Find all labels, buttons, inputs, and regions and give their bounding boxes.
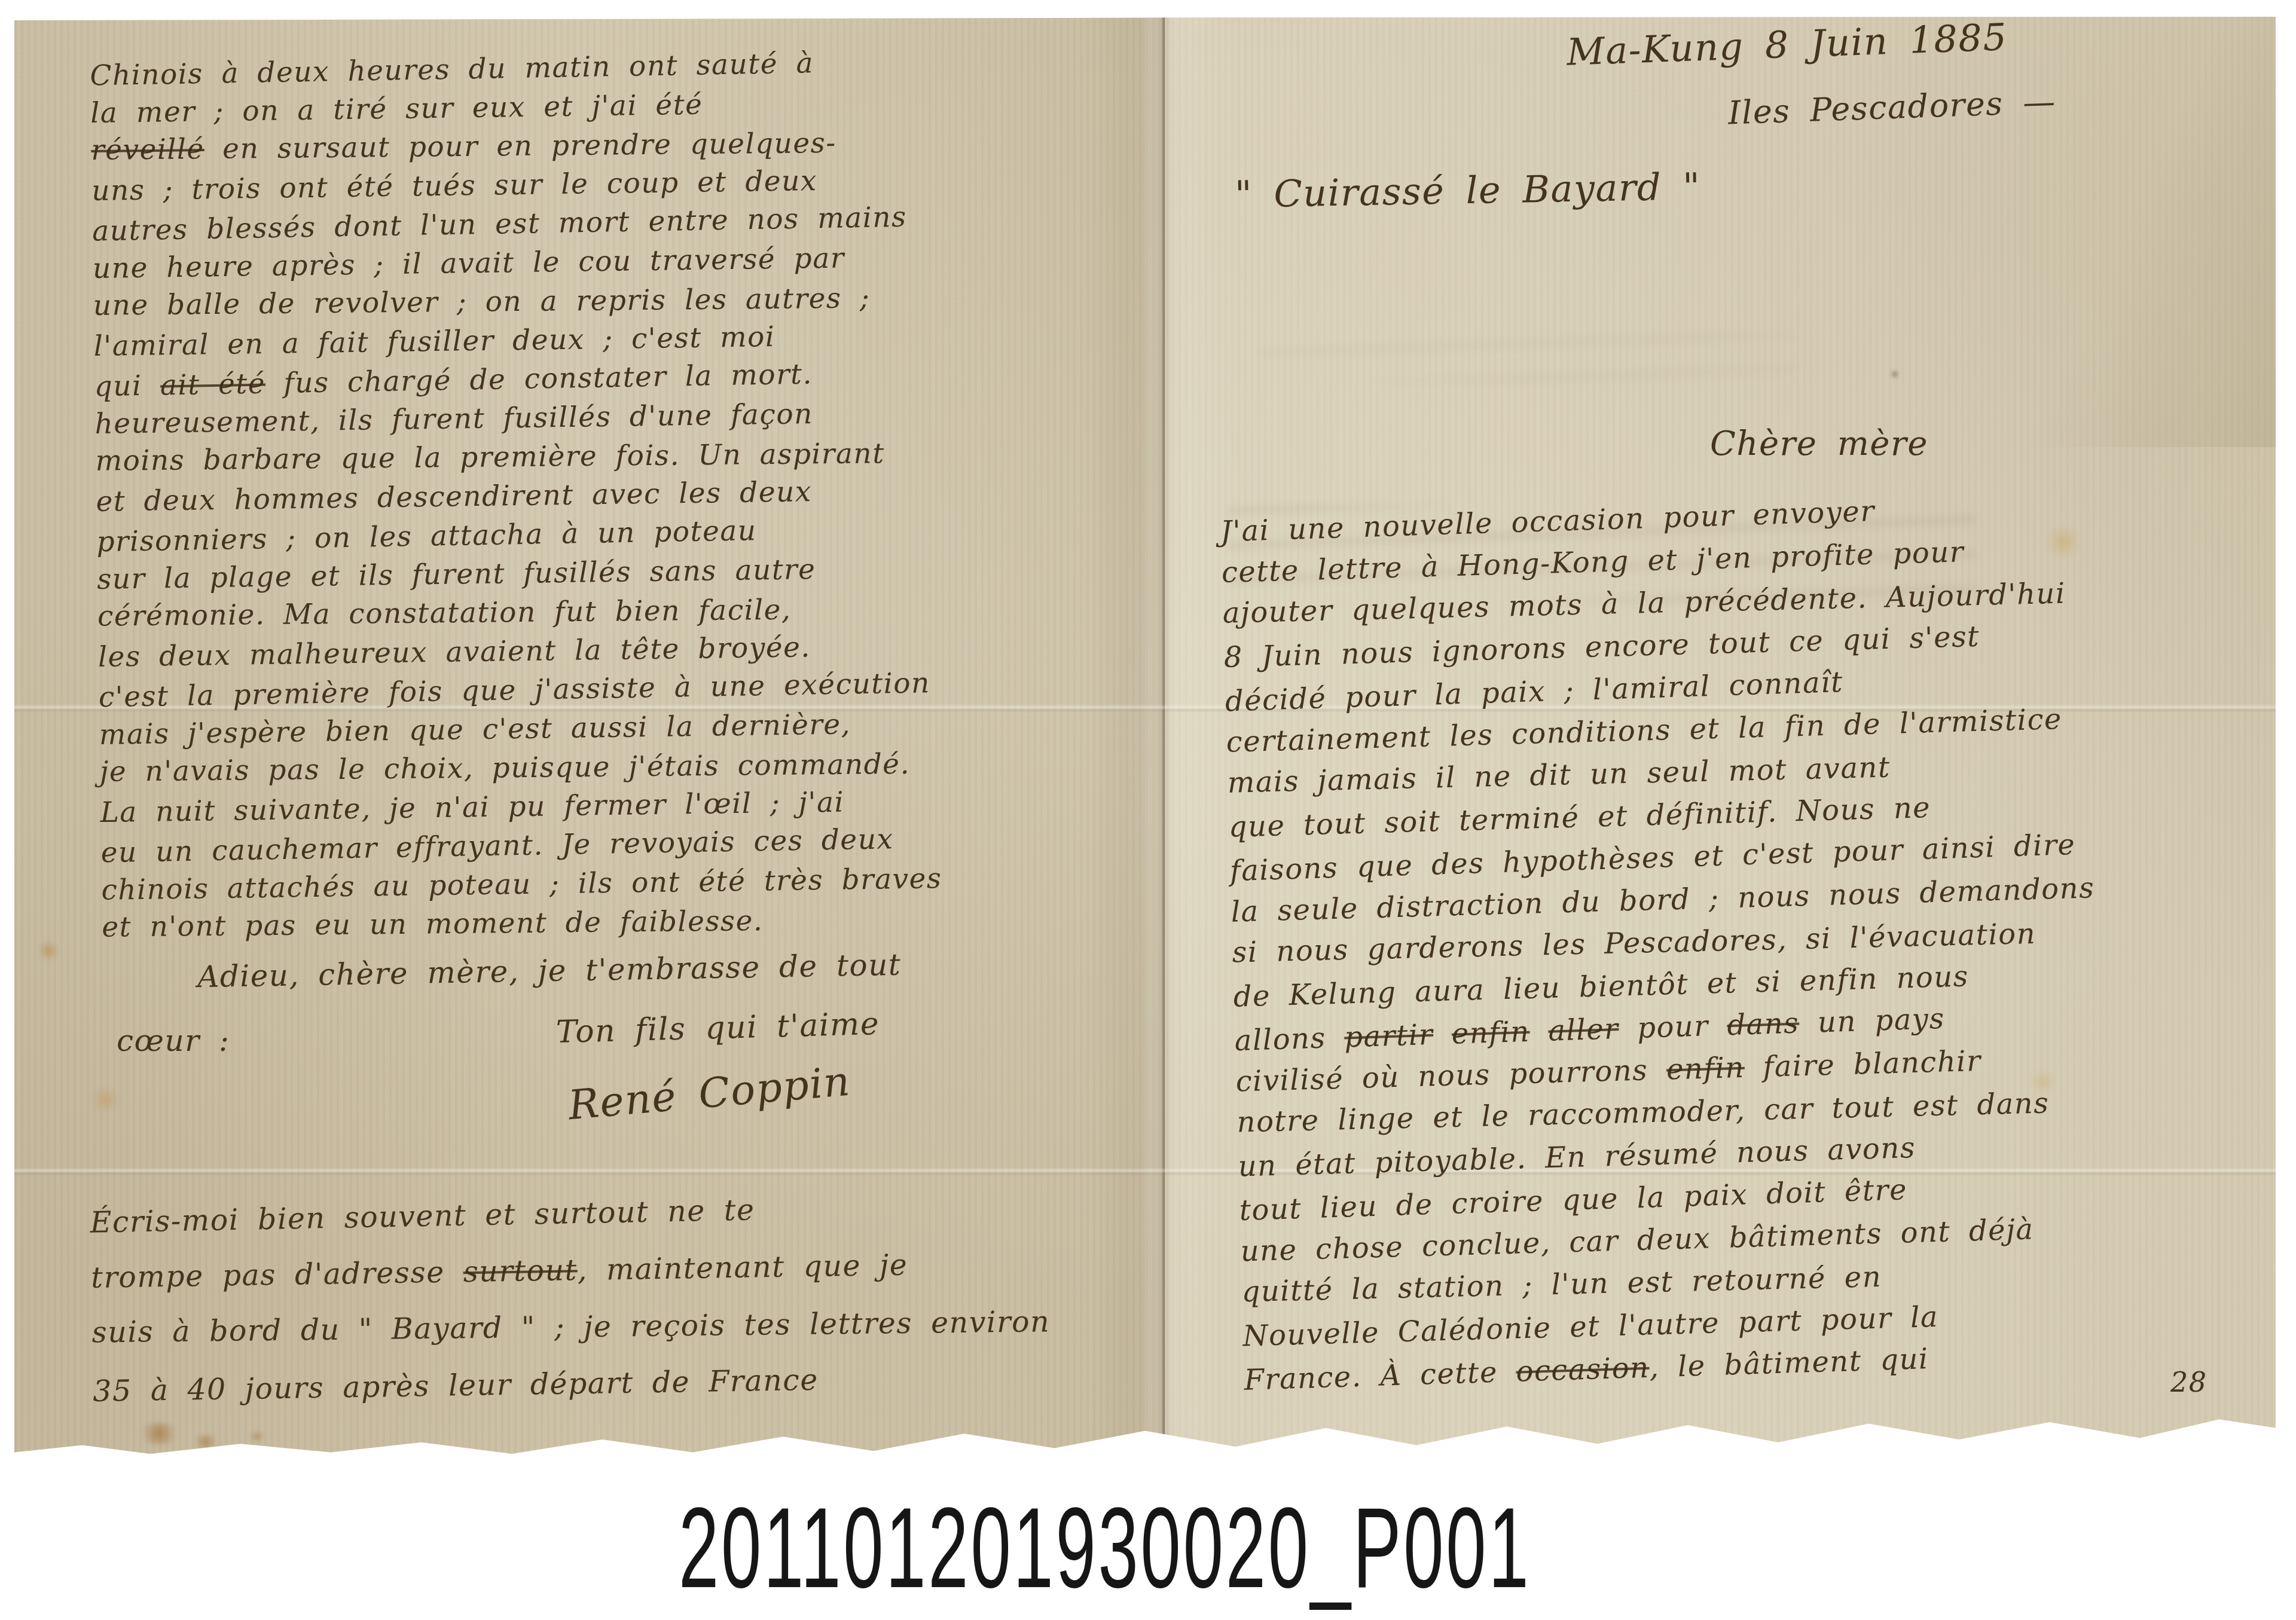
postscript-text: Écris-moi bien souvent et surtout ne tet… — [90, 1178, 1051, 1420]
right-page-text: J'ai une nouvelle occasion pour envoyerc… — [1220, 485, 2108, 1401]
ink-bleed-through — [1258, 334, 1796, 381]
letter-line: une balle de revolver ; on a repris les … — [93, 278, 935, 325]
letter-line: et n'ont pas eu un moment de faiblesse. — [102, 900, 943, 946]
letter-line: réveillé en sursaut pour en prendre quel… — [91, 123, 932, 169]
postscript-line: suis à bord du " Bayard " ; je reçois te… — [91, 1293, 1050, 1361]
paper-stain — [38, 940, 59, 961]
farewell-line-2: cœur : — [117, 1023, 230, 1058]
paper-stain — [91, 1087, 120, 1112]
paper-stain — [191, 1435, 220, 1449]
corner-discoloration — [2019, 17, 2276, 447]
page-number: 28 — [2170, 1366, 2208, 1398]
paper-stain — [137, 1423, 181, 1444]
letter-line: je n'avais pas le choix, puisque j'étais… — [99, 744, 941, 791]
paper-stain — [249, 1431, 265, 1442]
scanned-letter-viewport: Chinois à deux heures du matin ont sauté… — [0, 0, 2296, 1620]
letter-line: moins barbare que la première fois. Un a… — [95, 433, 936, 480]
ink-speck — [1892, 371, 1898, 378]
catalog-number: 201101201930020_P001 — [679, 1481, 1531, 1613]
ship-name-line: " Cuirassé le Bayard " — [1234, 164, 1701, 216]
letter-line: cérémonie. Ma constatation fut bien faci… — [97, 589, 939, 635]
salutation: Chère mère — [1710, 424, 1928, 463]
fold-crease — [1161, 17, 1167, 1454]
left-page-text: Chinois à deux heures du matin ont sauté… — [90, 43, 943, 948]
